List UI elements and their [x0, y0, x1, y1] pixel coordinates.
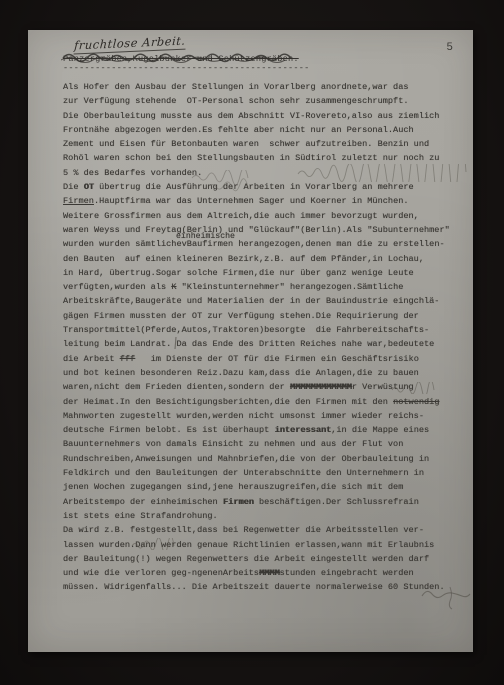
- typed-line: in Hard, übertrug.Sogar solche Firmen,di…: [63, 266, 465, 280]
- typed-line: Zement und Eisen für Betonbauten waren s…: [63, 137, 465, 151]
- typed-line: Arbeitstempo der einheimischen Firmen be…: [63, 495, 465, 509]
- page-number: 5: [446, 42, 453, 54]
- typed-line: Da wird z.B. festgestellt,dass bei Regen…: [63, 523, 465, 537]
- typed-line: müssen. Widrigenfalls... Die Arbeitszeit…: [63, 580, 465, 594]
- typed-line: Rohöl waren schon bei den Stellungsbaute…: [63, 151, 465, 165]
- typed-line: ist stets eine Strafandrohung.: [63, 509, 465, 523]
- typed-line: Feldkirch und den Bauleitungen der Unter…: [63, 466, 465, 480]
- struck-heading: Panzergräben,Kugelbunker und Schützengrä…: [63, 54, 323, 64]
- typed-line: leitung beim Landrat. Da das Ende des Dr…: [63, 337, 465, 351]
- typed-line: waren Weyss und Freytag(Berlin) und "Glü…: [63, 223, 465, 237]
- scanned-page: 5 fruchtlose Arbeit. Panzergräben,Kugelb…: [28, 30, 473, 652]
- typed-line: der Heimat.In den Besichtigungsberichten…: [63, 395, 465, 409]
- typed-line: und bot keinen besonderen Reiz.Dazu kam,…: [63, 366, 465, 380]
- typed-line: 5 % des Bedarfes vorhanden.: [63, 166, 465, 180]
- typed-line: gägen Firmen mussten der OT zur Verfügun…: [63, 309, 465, 323]
- typed-line: waren,nicht dem Frieden dienten,sondern …: [63, 380, 465, 394]
- typed-line: und wie die verloren geg-ngenenArbeitsMM…: [63, 566, 465, 580]
- typed-line: die Arbeit fff im Dienste der OT für die…: [63, 352, 465, 366]
- typed-line: Bauunternehmers von damals Einsicht zu n…: [63, 437, 465, 451]
- typed-line: Rundschreiben,Anweisungen und Mahnbriefe…: [63, 452, 465, 466]
- handwritten-note: fruchtlose Arbeit.: [74, 34, 186, 55]
- typed-line: jenen Wochen zugegangen sind,jene heraus…: [63, 480, 465, 494]
- typed-line: Als Hofer den Ausbau der Stellungen in V…: [63, 80, 465, 94]
- typed-line: Frontnähe abgezogen werden.Es fehlte abe…: [63, 123, 465, 137]
- typed-line: Transportmittel(Pferde,Autos,Traktoren)b…: [63, 323, 465, 337]
- typed-line: Mahnworten zugestellt wurden,werden nich…: [63, 409, 465, 423]
- typed-line: der Bauleitung(!) wegen Regenwetters die…: [63, 552, 465, 566]
- typed-line: lassen wurden.Dann werden genaue Richtli…: [63, 538, 465, 552]
- typed-line: deutsche Firmen belobt. Es ist überhaupt…: [63, 423, 465, 437]
- typed-line: Die OT übertrug die Ausführung der Arbei…: [63, 180, 465, 194]
- typed-line: verfügten,wurden als K "Kleinstunternehm…: [63, 280, 465, 294]
- photo-background: { "document": { "page_number": "5", "han…: [0, 0, 504, 685]
- typed-line: wurden wurden sämtlicheeinheimischevBauf…: [63, 237, 465, 251]
- typed-line: Weitere Grossfirmen aus dem Altreich,die…: [63, 209, 465, 223]
- body-text: Als Hofer den Ausbau der Stellungen in V…: [63, 80, 465, 595]
- typed-line: Die Oberbauleitung musste aus dem Abschn…: [63, 109, 465, 123]
- typed-line: Firmen.Hauptfirma war das Unternehmen Sa…: [63, 194, 465, 208]
- dash-underline: ----------------------------------------…: [63, 64, 323, 73]
- heading-block: Panzergräben,Kugelbunker und Schützengrä…: [63, 54, 323, 73]
- typed-line: zur Verfügung stehende OT-Personal schon…: [63, 94, 465, 108]
- typed-line: den Bauten auf einen kleineren Bezirk,z.…: [63, 252, 465, 266]
- typed-line: Arbeitskräfte,Baugeräte und Materialien …: [63, 294, 465, 308]
